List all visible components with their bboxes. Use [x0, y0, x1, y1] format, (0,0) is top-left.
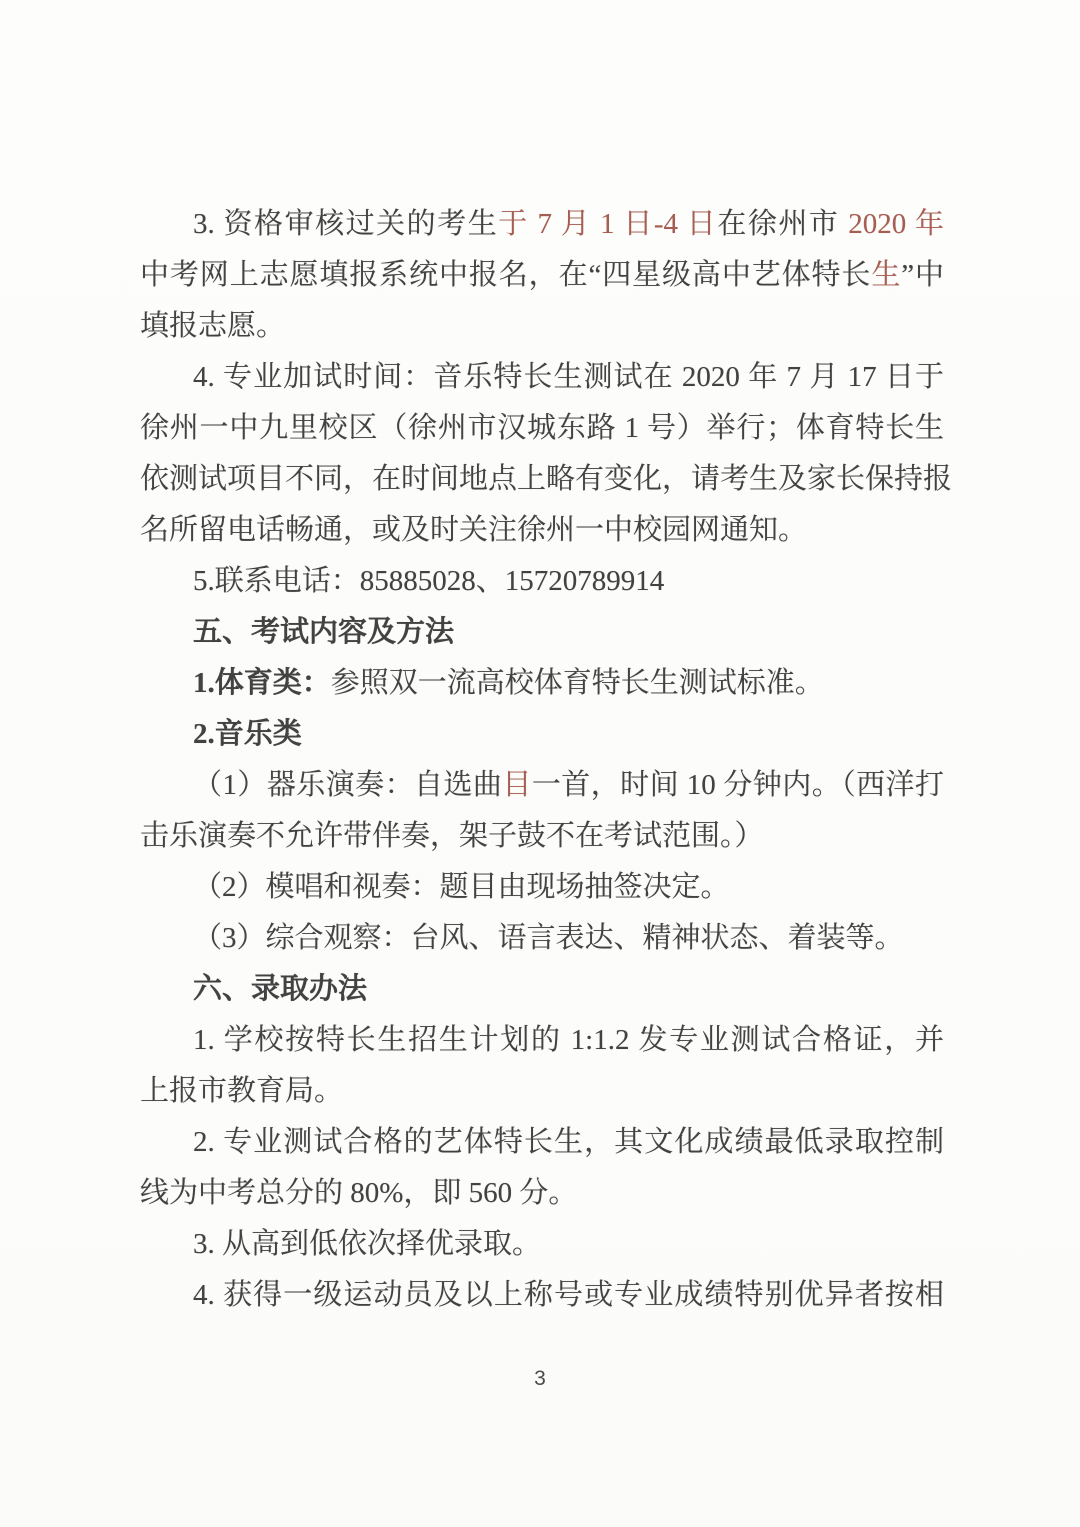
- red-tinted-text: 生: [871, 259, 901, 291]
- text-line: 1.体育类：参照双一流高校体育特长生测试标准。: [140, 658, 944, 709]
- text-line: 上报市教育局。: [140, 1066, 944, 1117]
- text-line: 2. 专业测试合格的艺体特长生，其文化成绩最低录取控制: [140, 1117, 944, 1168]
- body-text: 4. 获得一级运动员及以上称号或专业成绩特别优异者按相: [193, 1279, 944, 1311]
- text-line: 五、考试内容及方法: [140, 607, 944, 658]
- body-text: 5.联系电话：85885028、15720789914: [193, 565, 664, 597]
- body-text: 上报市教育局。: [140, 1075, 343, 1107]
- body-text: （1）器乐演奏：自选曲: [193, 769, 502, 801]
- text-line: （1）器乐演奏：自选曲目一首，时间 10 分钟内。（西洋打: [140, 760, 944, 811]
- bold-text: 2.音乐类: [193, 718, 302, 750]
- body-text: 填报志愿。: [140, 310, 285, 342]
- text-line: 5.联系电话：85885028、15720789914: [140, 556, 944, 607]
- document-body: 3. 资格审核过关的考生于 7 月 1 日-4 日在徐州市 2020 年中考网上…: [140, 0, 944, 1321]
- body-text: 1. 学校按特长生招生计划的 1:1.2 发专业测试合格证，并: [193, 1024, 944, 1056]
- text-line: （2）模唱和视奏：题目由现场抽签决定。: [140, 862, 944, 913]
- body-text: 中考网上志愿填报系统中报名，在“四星级高中艺体特长: [140, 259, 871, 291]
- body-text: 在徐州市: [717, 208, 848, 240]
- body-text: 2. 专业测试合格的艺体特长生，其文化成绩最低录取控制: [193, 1126, 944, 1158]
- text-line: 4. 获得一级运动员及以上称号或专业成绩特别优异者按相: [140, 1270, 944, 1321]
- body-text: 一首，时间 10 分钟内。（西洋打: [532, 769, 944, 801]
- body-text: 徐州一中九里校区（徐州市汉城东路 1 号）举行；体育特长生: [140, 412, 944, 444]
- page-footer: 3: [0, 1365, 1080, 1393]
- body-text: 4. 专业加试时间：音乐特长生测试在 2020 年 7 月 17 日于: [193, 361, 944, 393]
- red-tinted-text: 于 7 月 1 日-4 日: [498, 208, 717, 240]
- body-text: 线为中考总分的 80%，即 560 分。: [140, 1177, 577, 1209]
- red-tinted-text: 2020 年: [848, 208, 944, 240]
- text-line: 依测试项目不同，在时间地点上略有变化，请考生及家长保持报: [140, 454, 944, 505]
- text-line: 六、录取办法: [140, 964, 944, 1015]
- body-text: 依测试项目不同，在时间地点上略有变化，请考生及家长保持报: [140, 463, 952, 495]
- text-line: （3）综合观察：台风、语言表达、精神状态、着装等。: [140, 913, 944, 964]
- text-line: 中考网上志愿填报系统中报名，在“四星级高中艺体特长生”中: [140, 250, 944, 301]
- body-text: 3. 从高到低依次择优录取。: [193, 1228, 541, 1260]
- body-text: 击乐演奏不允许带伴奏，架子鼓不在考试范围。）: [140, 820, 764, 852]
- red-tinted-text: 目: [502, 769, 531, 801]
- text-line: 填报志愿。: [140, 301, 944, 352]
- text-line: 击乐演奏不允许带伴奏，架子鼓不在考试范围。）: [140, 811, 944, 862]
- body-text: 3. 资格审核过关的考生: [193, 208, 498, 240]
- body-text: （2）模唱和视奏：题目由现场抽签决定。: [193, 871, 730, 903]
- text-line: 2.音乐类: [140, 709, 944, 760]
- bold-text: 六、录取办法: [193, 973, 367, 1005]
- document-page: 3. 资格审核过关的考生于 7 月 1 日-4 日在徐州市 2020 年中考网上…: [0, 0, 1080, 1527]
- bold-text: 1.体育类：: [193, 667, 331, 699]
- text-line: 线为中考总分的 80%，即 560 分。: [140, 1168, 944, 1219]
- text-line: 3. 资格审核过关的考生于 7 月 1 日-4 日在徐州市 2020 年: [140, 199, 944, 250]
- page-number: 3: [534, 1367, 546, 1390]
- text-line: 名所留电话畅通，或及时关注徐州一中校园网通知。: [140, 505, 944, 556]
- bold-text: 五、考试内容及方法: [193, 616, 454, 648]
- text-line: 1. 学校按特长生招生计划的 1:1.2 发专业测试合格证，并: [140, 1015, 944, 1066]
- text-line: 徐州一中九里校区（徐州市汉城东路 1 号）举行；体育特长生: [140, 403, 944, 454]
- text-line: 3. 从高到低依次择优录取。: [140, 1219, 944, 1270]
- body-text: ”中: [901, 259, 944, 291]
- text-line: 4. 专业加试时间：音乐特长生测试在 2020 年 7 月 17 日于: [140, 352, 944, 403]
- scanned-document-page: { "document": { "language": "zh-CN", "li…: [0, 0, 1080, 1527]
- body-text: 名所留电话畅通，或及时关注徐州一中校园网通知。: [140, 514, 807, 546]
- body-text: （3）综合观察：台风、语言表达、精神状态、着装等。: [193, 922, 904, 954]
- body-text: 参照双一流高校体育特长生测试标准。: [331, 667, 824, 699]
